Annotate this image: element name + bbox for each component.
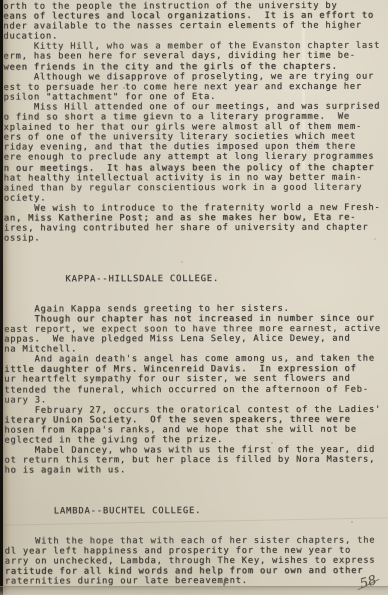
heading-line: KAPPA--HILLSDALE COLLEGE. <box>4 273 388 284</box>
body-line: ducation. <box>3 31 387 42</box>
body-line: With the hope that with each of her sist… <box>5 535 388 546</box>
body-line: n our meetings. It has always been the p… <box>4 162 388 173</box>
blank-line <box>4 283 388 294</box>
blank-line <box>5 485 388 496</box>
body-line: ittle daughter of Mrs. Wincenreid Davis.… <box>4 364 388 375</box>
body-line: We wish to introduce to the fraternity w… <box>4 203 388 214</box>
typed-text-block: orth to the people the instruction of th… <box>3 0 388 586</box>
scanned-document-page: orth to the people the instruction of th… <box>0 0 388 595</box>
scan-left-edge <box>0 0 3 595</box>
body-line: Although we disapprove of proselyting, w… <box>3 71 387 82</box>
blank-line <box>5 515 388 526</box>
body-line: Kitty Hill, who was a member of the Evan… <box>3 41 387 52</box>
blank-line <box>4 253 388 264</box>
body-line: xplained to her that our girls were almo… <box>4 122 388 133</box>
body-line: ained than by regular conscientious work… <box>4 182 388 193</box>
page-bottom-edge <box>0 586 388 595</box>
body-line: ossip. <box>4 233 388 244</box>
body-line: est to persuade her to come here next ye… <box>3 81 387 92</box>
body-line: appas. We have pledged Miss Lena Seley, … <box>4 334 388 345</box>
body-line: ere enough to preclude any attempt at lo… <box>4 152 388 163</box>
body-line: hosen from Kappa's ranks, and we hope th… <box>4 424 388 435</box>
body-line: Though our chapter has not increased in … <box>4 313 388 324</box>
body-line: eglected in the giving of the prize. <box>4 435 388 446</box>
body-line: ociety. <box>4 192 388 203</box>
body-line: ires, having contributed her share of un… <box>4 223 388 234</box>
body-line: And again death's angel has come among u… <box>4 354 388 365</box>
body-line: ho is again with us. <box>4 465 388 476</box>
blank-line <box>4 475 388 486</box>
body-line: erm, has been here for several days, div… <box>3 51 387 62</box>
body-line: ur heartfelt sympathy for our sister, we… <box>4 374 388 385</box>
body-line: nder available to the nasses certain ele… <box>3 21 387 32</box>
body-line: Mabel Dancey, who was with us the first … <box>4 445 388 456</box>
body-line: arry on unchecked, Lambda, through The K… <box>5 556 388 567</box>
body-line: east report, we expect soon to have thre… <box>4 324 388 335</box>
body-line: orth to the people the instruction of th… <box>3 1 387 12</box>
paper-speckles <box>123 87 125 89</box>
body-line: February 27, occurs the oratorical conte… <box>4 404 388 415</box>
body-line: o find so short a time gievn to a litera… <box>4 112 388 123</box>
body-line: uary 3. <box>4 394 388 405</box>
body-line: ratitude for all kind words and help fro… <box>5 566 388 577</box>
page-left-shadow <box>3 0 10 595</box>
body-line: ween friends in the city and the girls o… <box>3 61 387 72</box>
